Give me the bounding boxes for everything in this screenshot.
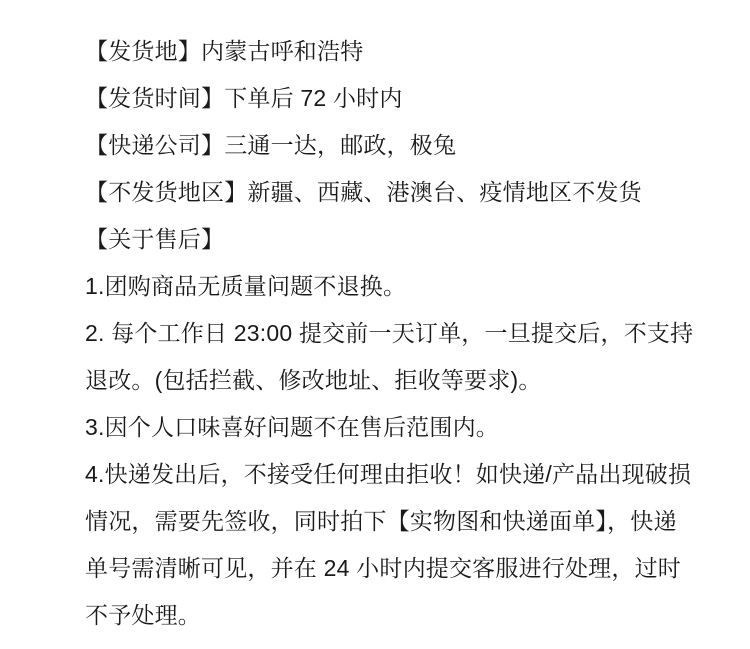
line-aftersales-rule4-part1: 4.快递发出后，不接受任何理由拒收！如快递/产品出现破损 — [85, 451, 690, 498]
line-aftersales-rule4-part4: 不予处理。 — [85, 592, 690, 639]
line-aftersales-rule2-part2: 退改。(包括拦截、修改地址、拒收等要求)。 — [85, 357, 690, 404]
shipping-aftersales-notice: 【发货地】内蒙古呼和浩特 【发货时间】下单后 72 小时内 【快递公司】三通一达… — [0, 0, 750, 639]
line-shipping-origin: 【发货地】内蒙古呼和浩特 — [85, 28, 690, 75]
line-aftersales-header: 【关于售后】 — [85, 216, 690, 263]
line-shipping-time: 【发货时间】下单后 72 小时内 — [85, 75, 690, 122]
line-excluded-regions: 【不发货地区】新疆、西藏、港澳台、疫情地区不发货 — [85, 169, 690, 216]
line-aftersales-rule4-part2: 情况，需要先签收，同时拍下【实物图和快递面单】，快递 — [85, 498, 690, 545]
line-aftersales-rule4-part3: 单号需清晰可见，并在 24 小时内提交客服进行处理，过时 — [85, 545, 690, 592]
line-aftersales-rule2-part1: 2. 每个工作日 23:00 提交前一天订单，一旦提交后，不支持 — [85, 310, 690, 357]
line-aftersales-rule1: 1.团购商品无质量问题不退换。 — [85, 263, 690, 310]
line-aftersales-rule3: 3.因个人口味喜好问题不在售后范围内。 — [85, 404, 690, 451]
line-courier-companies: 【快递公司】三通一达，邮政，极兔 — [85, 122, 690, 169]
